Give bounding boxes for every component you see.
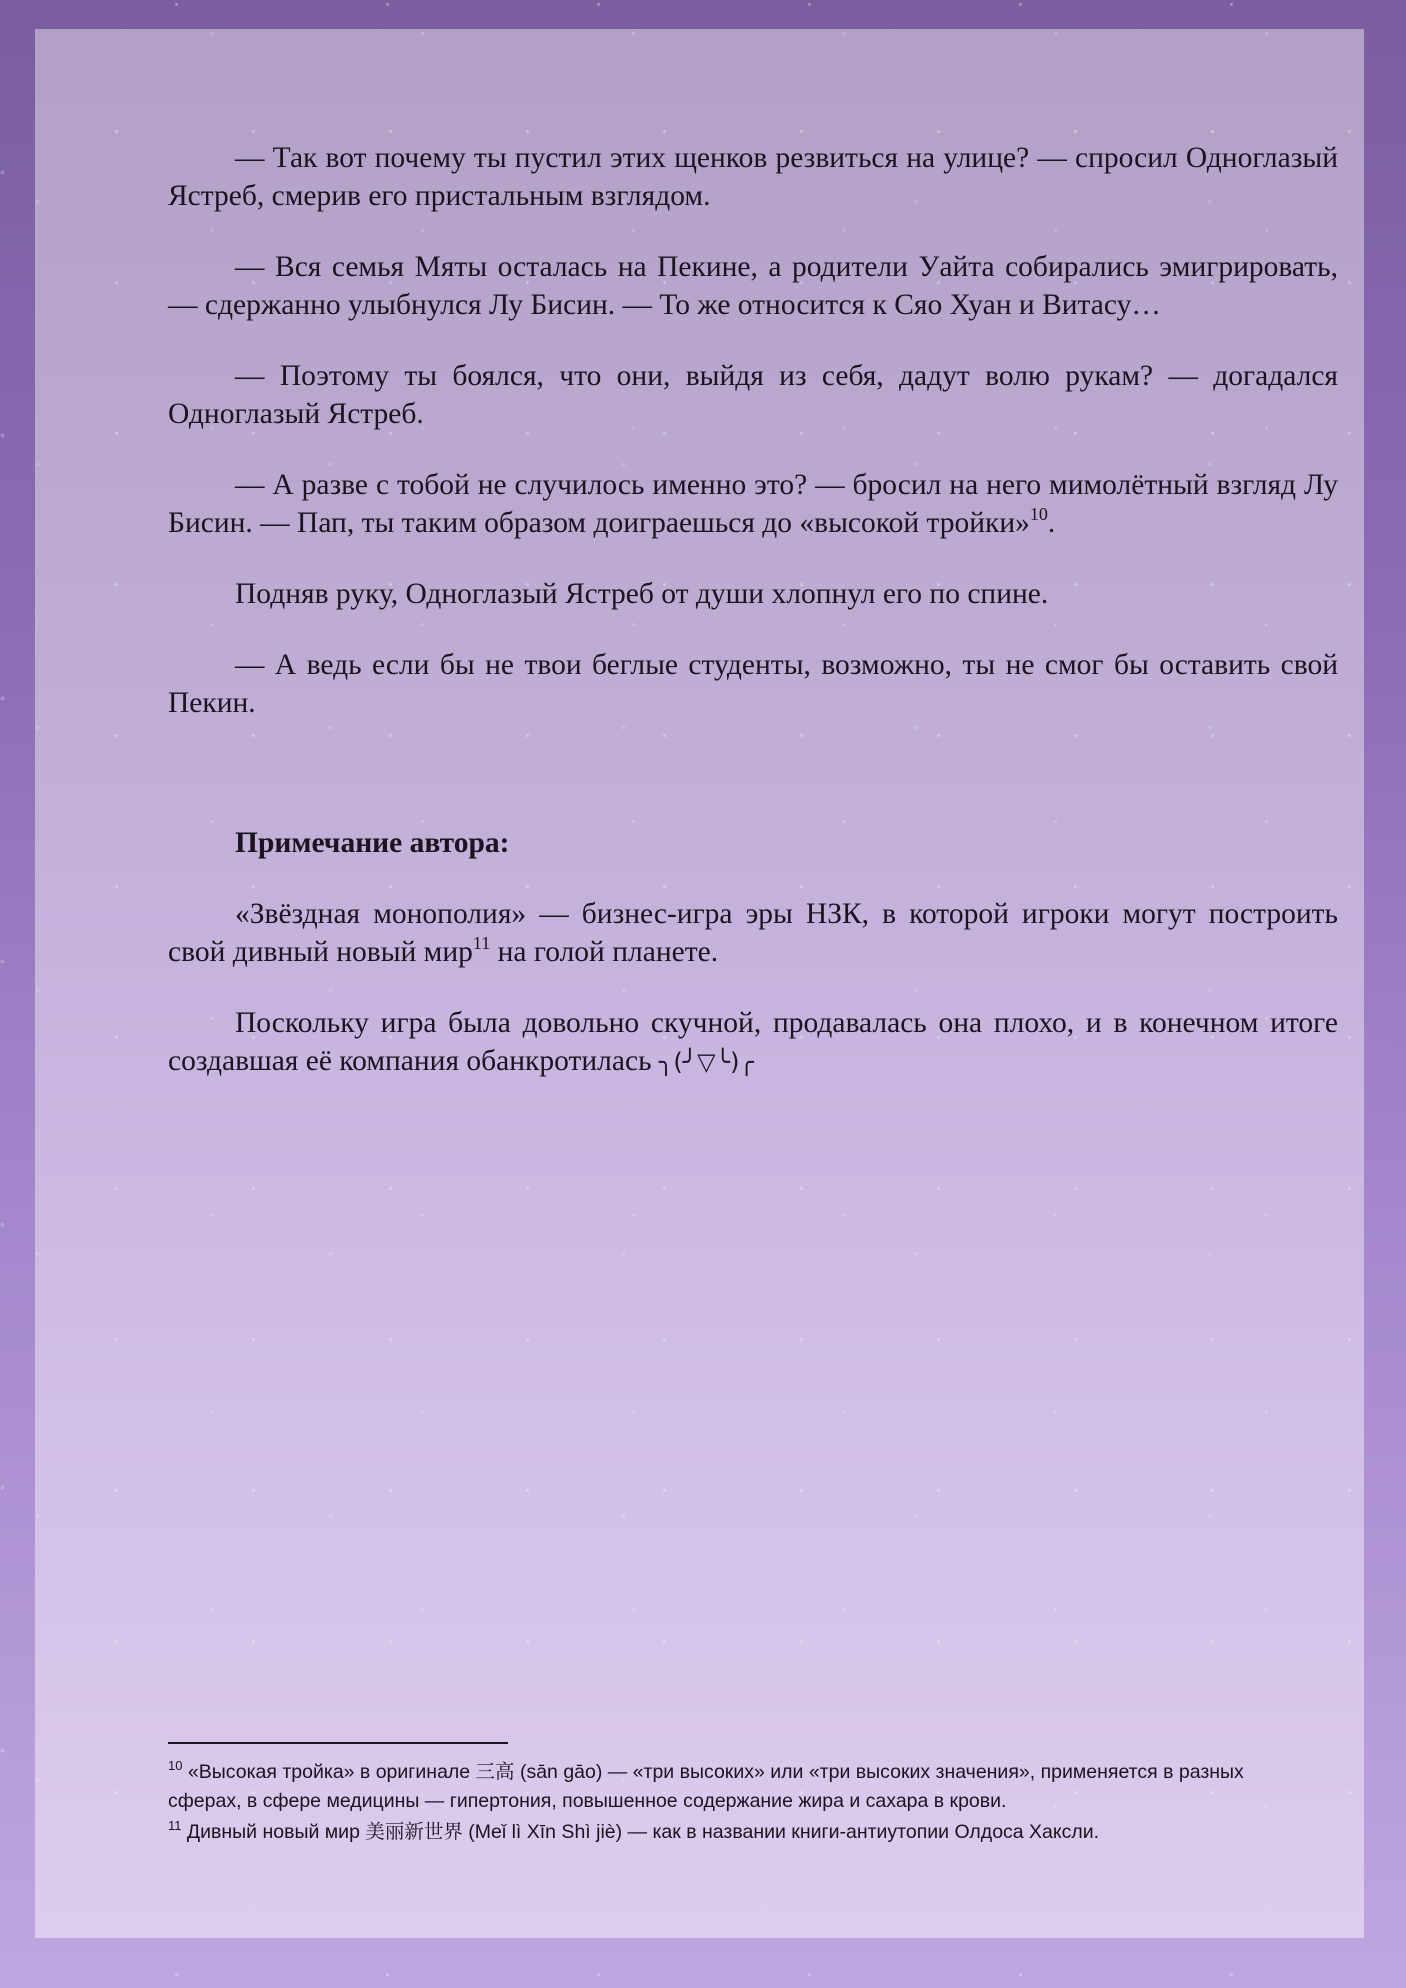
paragraph-4-end: . (1048, 507, 1055, 539)
footnote-11-text: Дивный новый мир 美丽新世界 (Meǐ lì Xīn Shì j… (182, 1821, 1100, 1843)
author-note-paragraph-1-text: «Звёздная монополия» — бизнес-игра эры Н… (168, 898, 1338, 968)
paragraph-1: — Так вот почему ты пустил этих щенков р… (168, 139, 1338, 215)
paragraph-6: — А ведь если бы не твои беглые студенты… (168, 646, 1338, 722)
footnote-ref-10[interactable]: 10 (1030, 504, 1048, 524)
author-note-paragraph-1-end: на голой планете. (490, 936, 718, 968)
footnote-number-10: 10 (168, 1758, 182, 1773)
footnote-11: 11 Дивный новый мир 美丽新世界 (Meǐ lì Xīn Sh… (168, 1818, 1318, 1847)
footnote-number-11: 11 (168, 1818, 182, 1833)
footnote-separator (168, 1742, 508, 1744)
author-note-paragraph-2: Поскольку игра была довольно скучной, пр… (168, 1004, 1338, 1081)
body-text: — Так вот почему ты пустил этих щенков р… (168, 139, 1338, 1114)
paragraph-5: Подняв руку, Одноглазый Ястреб от души х… (168, 575, 1338, 613)
paragraph-4: — А разве с тобой не случилось именно эт… (168, 466, 1338, 542)
footnote-ref-11[interactable]: 11 (473, 933, 490, 953)
author-note-paragraph-1: «Звёздная монополия» — бизнес-игра эры Н… (168, 895, 1338, 971)
paragraph-4-text: — А разве с тобой не случилось именно эт… (168, 469, 1338, 539)
paragraph-2: — Вся семья Мяты осталась на Пекине, а р… (168, 248, 1338, 324)
shrug-emoticon: ╮(╯▽╰)╭ (659, 1048, 754, 1076)
footnotes-section: 10 «Высокая тройка» в оригинале 三高 (sān … (168, 1742, 1318, 1849)
footnote-10-text: «Высокая тройка» в оригинале 三高 (sān gāo… (168, 1761, 1244, 1812)
footnote-10: 10 «Высокая тройка» в оригинале 三高 (sān … (168, 1758, 1318, 1816)
author-note-heading: Примечание автора: (168, 824, 1338, 862)
document-page: — Так вот почему ты пустил этих щенков р… (35, 29, 1364, 1938)
paragraph-3: — Поэтому ты боялся, что они, выйдя из с… (168, 357, 1338, 433)
